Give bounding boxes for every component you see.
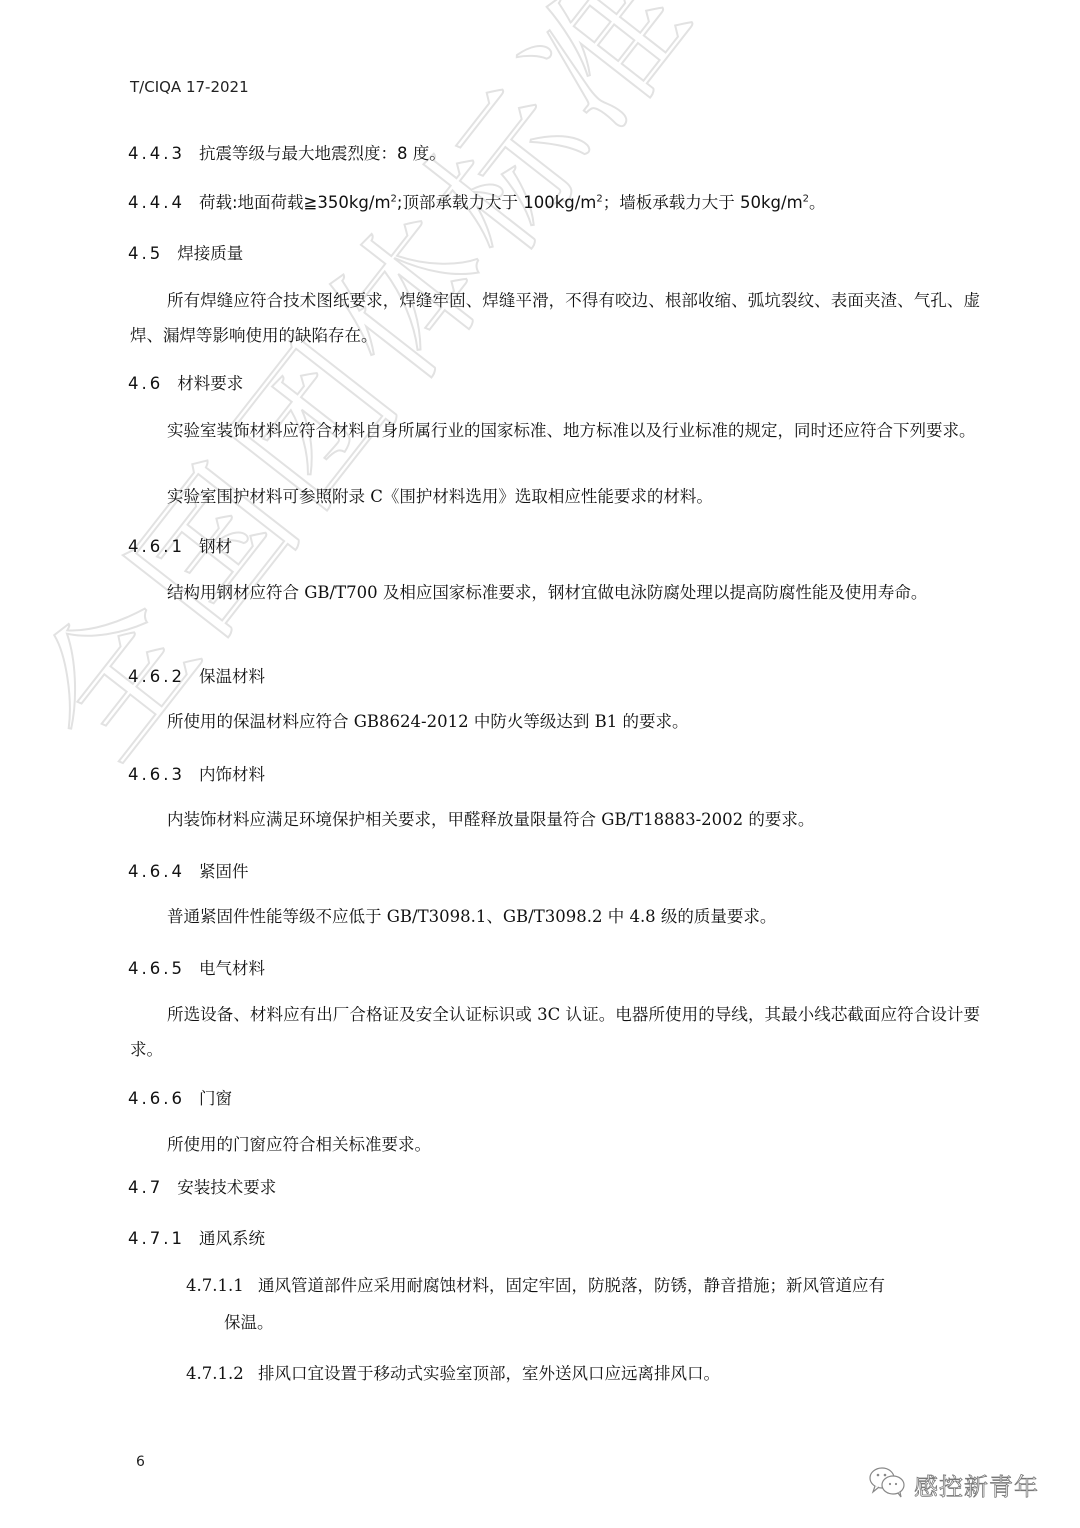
heading-4-6-1: 4.6.1钢材 bbox=[128, 533, 232, 557]
section-title: 安装技术要求 bbox=[177, 1178, 276, 1197]
section-title: 通风系统 bbox=[199, 1229, 265, 1248]
clause-text: 排风口宜设置于移动式实验室顶部，室外送风口应远离排风口。 bbox=[258, 1364, 720, 1383]
section-number: 4.4.3 bbox=[128, 144, 185, 163]
heading-4-5: 4.5焊接质量 bbox=[128, 240, 243, 264]
clause-4-7-1-2: 4.7.1.2排风口宜设置于移动式实验室顶部，室外送风口应远离排风口。 bbox=[186, 1355, 981, 1392]
paragraph-materials-2: 实验室围护材料可参照附录 C《围护材料选用》选取相应性能要求的材料。 bbox=[130, 479, 980, 514]
section-title: 材料要求 bbox=[177, 374, 243, 393]
section-number: 4.6.6 bbox=[128, 1089, 185, 1108]
section-title: 焊接质量 bbox=[177, 244, 243, 263]
heading-4-6: 4.6材料要求 bbox=[128, 370, 243, 394]
heading-4-4-3: 4.4.3抗震等级与最大地震烈度：8 度。 bbox=[128, 140, 446, 164]
document-page: T/CIQA 17-2021 4.4.3抗震等级与最大地震烈度：8 度。 4.4… bbox=[0, 0, 1080, 1528]
clause-text-continued: 保温。 bbox=[186, 1313, 274, 1332]
account-name: 感控新青年 bbox=[914, 1467, 1039, 1502]
section-number: 4.6 bbox=[128, 374, 163, 393]
section-number: 4.6.1 bbox=[128, 537, 185, 556]
section-text: 抗震等级与最大地震烈度：8 度。 bbox=[199, 144, 446, 163]
section-number: 4.6.5 bbox=[128, 959, 185, 978]
heading-4-7: 4.7安装技术要求 bbox=[128, 1174, 276, 1198]
section-title: 保温材料 bbox=[199, 667, 265, 686]
section-text: 荷载:地面荷载≧350kg/m2;顶部承载力大于 100kg/m2；墙板承载力大… bbox=[199, 193, 826, 212]
paragraph-doors-windows: 所使用的门窗应符合相关标准要求。 bbox=[130, 1127, 980, 1162]
heading-4-7-1: 4.7.1通风系统 bbox=[128, 1225, 265, 1249]
paragraph-interior: 内装饰材料应满足环境保护相关要求，甲醛释放量限量符合 GB/T18883-200… bbox=[130, 802, 980, 837]
page-number: 6 bbox=[136, 1454, 145, 1470]
section-title: 钢材 bbox=[199, 537, 232, 556]
paragraph-materials-1: 实验室装饰材料应符合材料自身所属行业的国家标准、地方标准以及行业标准的规定，同时… bbox=[130, 413, 980, 448]
section-title: 电气材料 bbox=[199, 959, 265, 978]
heading-4-6-2: 4.6.2保温材料 bbox=[128, 663, 265, 687]
heading-4-6-4: 4.6.4紧固件 bbox=[128, 858, 248, 882]
section-number: 4.6.3 bbox=[128, 765, 185, 784]
section-number: 4.6.4 bbox=[128, 862, 185, 881]
paragraph-insulation: 所使用的保温材料应符合 GB8624-2012 中防火等级达到 B1 的要求。 bbox=[130, 704, 980, 739]
clause-4-7-1-1: 4.7.1.1通风管道部件应采用耐腐蚀材料，固定牢固，防脱落，防锈，静音措施；新… bbox=[186, 1267, 981, 1341]
wechat-icon bbox=[868, 1465, 908, 1503]
heading-4-6-3: 4.6.3内饰材料 bbox=[128, 761, 265, 785]
section-number: 4.7.1 bbox=[128, 1229, 185, 1248]
heading-4-4-4: 4.4.4荷载:地面荷载≧350kg/m2;顶部承载力大于 100kg/m2；墙… bbox=[128, 189, 826, 213]
paragraph-fasteners: 普通紧固件性能等级不应低于 GB/T3098.1、GB/T3098.2 中 4.… bbox=[130, 899, 980, 934]
section-number: 4.4.4 bbox=[128, 193, 185, 212]
heading-4-6-6: 4.6.6门窗 bbox=[128, 1085, 232, 1109]
section-number: 4.7 bbox=[128, 1178, 163, 1197]
paragraph-steel: 结构用钢材应符合 GB/T700 及相应国家标准要求，钢材宜做电泳防腐处理以提高… bbox=[130, 575, 980, 610]
section-number: 4.6.2 bbox=[128, 667, 185, 686]
clause-number: 4.7.1.2 bbox=[186, 1355, 258, 1392]
section-title: 内饰材料 bbox=[199, 765, 265, 784]
document-code: T/CIQA 17-2021 bbox=[130, 78, 249, 96]
section-title: 门窗 bbox=[199, 1089, 232, 1108]
section-number: 4.5 bbox=[128, 244, 163, 263]
clause-text: 通风管道部件应采用耐腐蚀材料，固定牢固，防脱落，防锈，静音措施；新风管道应有 bbox=[258, 1276, 885, 1295]
clause-number: 4.7.1.1 bbox=[186, 1267, 258, 1304]
paragraph-welding: 所有焊缝应符合技术图纸要求，焊缝牢固、焊缝平滑，不得有咬边、根部收缩、弧坑裂纹、… bbox=[130, 283, 980, 353]
paragraph-electrical: 所选设备、材料应有出厂合格证及安全认证标识或 3C 认证。电器所使用的导线，其最… bbox=[130, 997, 980, 1067]
account-badge: 感控新青年 bbox=[868, 1465, 1039, 1503]
heading-4-6-5: 4.6.5电气材料 bbox=[128, 955, 265, 979]
section-title: 紧固件 bbox=[199, 862, 249, 881]
